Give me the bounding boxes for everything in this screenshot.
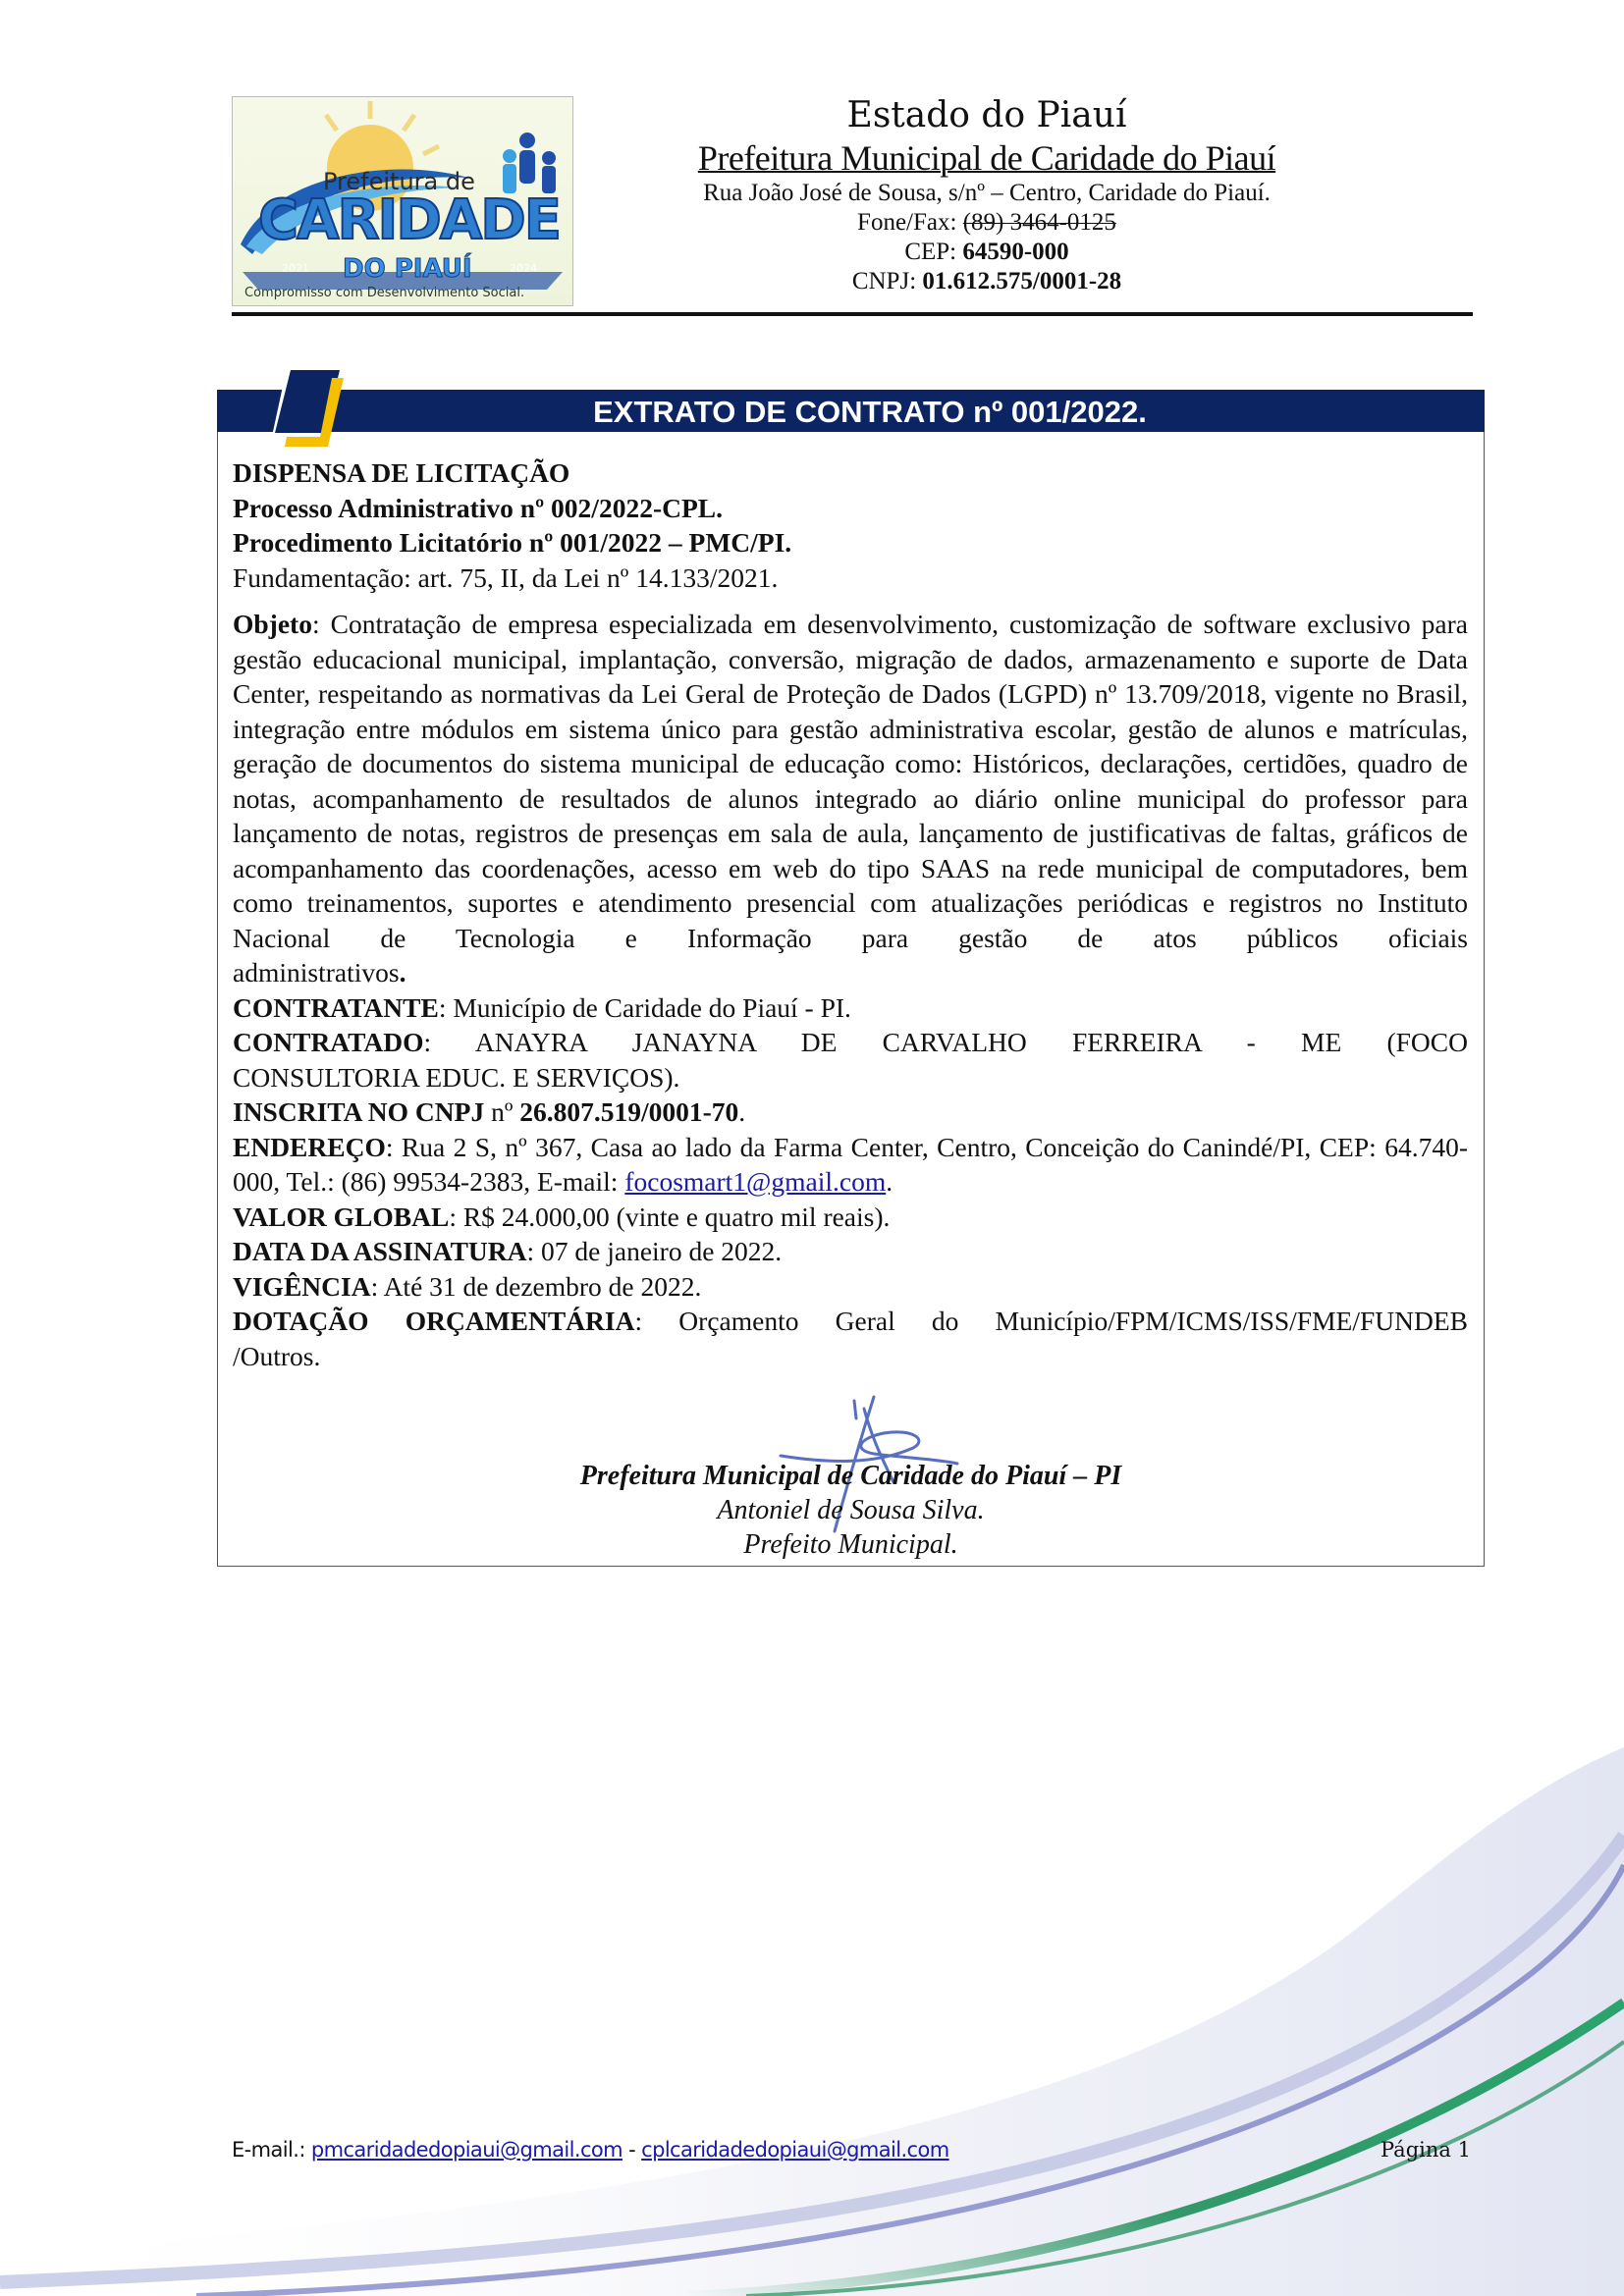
logo-text-do-piaui: DO PIAUÍ <box>343 254 472 284</box>
footer-email-label: E-mail.: <box>232 2138 311 2162</box>
endereco-line: ENDEREÇO: Rua 2 S, nº 367, Casa ao lado … <box>233 1130 1468 1200</box>
vigencia-value: : Até 31 de dezembro de 2022. <box>371 1271 702 1302</box>
valor-line: VALOR GLOBAL: R$ 24.000,00 (vinte e quat… <box>233 1200 1468 1235</box>
prefeitura-name: Prefeitura Municipal de Caridade do Piau… <box>628 137 1345 179</box>
cnpj-label: CNPJ: <box>852 268 923 294</box>
cnpj-contratado-label: INSCRITA NO CNPJ <box>233 1096 484 1127</box>
contratante-label: CONTRATANTE <box>233 992 439 1023</box>
data-assinatura-label: DATA DA ASSINATURA <box>233 1236 527 1266</box>
signatory-role: Prefeito Municipal. <box>217 1527 1485 1562</box>
data-assinatura-value: : 07 de janeiro de 2022. <box>527 1236 783 1266</box>
contratado-line-2: CONSULTORIA EDUC. E SERVIÇOS). <box>233 1060 1468 1095</box>
phone-line: Fone/Fax: (89) 3464-0125 <box>628 208 1345 238</box>
footer-email-link-1[interactable]: pmcaridadedopiaui@gmail.com <box>311 2138 623 2162</box>
phone-label: Fone/Fax: <box>857 209 963 236</box>
cnpj-contratado-mid: nº <box>484 1096 519 1127</box>
extract-title: EXTRATO DE CONTRATO nº 001/2022. <box>217 390 1493 432</box>
logo-text-caridade: CARIDADE <box>258 193 560 248</box>
cnpj-value: 01.612.575/0001-28 <box>922 268 1121 294</box>
contratado-email-link[interactable]: focosmart1@gmail.com <box>624 1166 886 1197</box>
logo-slogan: Compromisso com Desenvolvimento Social. <box>244 286 524 300</box>
cnpj-line: CNPJ: 01.612.575/0001-28 <box>628 267 1345 296</box>
cnpj-contratado-value: 26.807.519/0001-70 <box>519 1096 738 1127</box>
state-name: Estado do Piauí <box>628 94 1345 137</box>
processo-administrativo: Processo Administrativo nº 002/2022-CPL. <box>233 493 723 523</box>
page-number: Página 1 <box>1380 2138 1471 2162</box>
contratado-value: : ANAYRA JANAYNA DE CARVALHO FERREIRA - … <box>424 1027 1468 1057</box>
procedimento-licitatorio: Procedimento Licitatório nº 001/2022 – P… <box>233 527 791 558</box>
vigencia-line: VIGÊNCIA: Até 31 de dezembro de 2022. <box>233 1269 1468 1305</box>
cep-label: CEP: <box>904 239 962 265</box>
dotacao-line: DOTAÇÃO ORÇAMENTÁRIA: Orçamento Geral do… <box>233 1304 1468 1339</box>
data-assinatura-line: DATA DA ASSINATURA: 07 de janeiro de 202… <box>233 1234 1468 1269</box>
footer-separator: - <box>623 2138 641 2162</box>
letterhead: Estado do Piauí Prefeitura Municipal de … <box>628 94 1345 296</box>
cep-value: 64590-000 <box>962 239 1068 265</box>
address: Rua João José de Sousa, s/nº – Centro, C… <box>628 179 1345 208</box>
footer-swoosh-decoration <box>0 1747 1624 2296</box>
header-divider <box>232 312 1473 316</box>
contratante-value: : Município de Caridade do Piauí - PI. <box>439 992 851 1023</box>
logo-year-end: 2024 <box>510 262 537 275</box>
signature-org: Prefeitura Municipal de Caridade do Piau… <box>217 1459 1485 1493</box>
signatory-name: Antoniel de Sousa Silva. <box>217 1493 1485 1527</box>
cep-line: CEP: 64590-000 <box>628 238 1345 267</box>
fundamentacao: Fundamentação: art. 75, II, da Lei nº 14… <box>233 561 1468 596</box>
vigencia-label: VIGÊNCIA <box>233 1271 371 1302</box>
objeto-text: : Contratação de empresa especializada e… <box>233 609 1468 953</box>
contratado-label: CONTRATADO <box>233 1027 424 1057</box>
objeto-label: Objeto <box>233 609 312 639</box>
endereco-label: ENDEREÇO <box>233 1132 386 1162</box>
phone-number-struck: (89) 3464-0125 <box>963 209 1116 236</box>
dotacao-line-2: /Outros. <box>233 1339 1468 1374</box>
logo-year-start: 2021 <box>282 262 309 275</box>
cnpj-contratado-line: INSCRITA NO CNPJ nº 26.807.519/0001-70. <box>233 1095 1468 1130</box>
contratante-line: CONTRATANTE: Município de Caridade do Pi… <box>233 990 1468 1026</box>
signature-block: Prefeitura Municipal de Caridade do Piau… <box>217 1459 1485 1562</box>
dotacao-value: : Orçamento Geral do Município/FPM/ICMS/… <box>634 1306 1468 1336</box>
dotacao-label: DOTAÇÃO ORÇAMENTÁRIA <box>233 1306 634 1336</box>
dispensa-heading: DISPENSA DE LICITAÇÃO <box>233 457 569 488</box>
objeto-paragraph: Objeto: Contratação de empresa especiali… <box>233 607 1468 955</box>
prefeitura-logo: Prefeitura de CARIDADE 2021 DO PIAUÍ 202… <box>232 96 573 306</box>
extract-content: DISPENSA DE LICITAÇÃO Processo Administr… <box>233 455 1468 1373</box>
footer-email-link-2[interactable]: cplcaridadedopiaui@gmail.com <box>641 2138 948 2162</box>
footer-emails: E-mail.: pmcaridadedopiaui@gmail.com - c… <box>232 2138 949 2162</box>
contratado-line: CONTRATADO: ANAYRA JANAYNA DE CARVALHO F… <box>233 1025 1468 1060</box>
objeto-end: administrativos. <box>233 955 1468 990</box>
objeto-end-text: administrativos <box>233 957 400 988</box>
valor-label: VALOR GLOBAL <box>233 1201 449 1232</box>
valor-value: : R$ 24.000,00 (vinte e quatro mil reais… <box>449 1201 890 1232</box>
